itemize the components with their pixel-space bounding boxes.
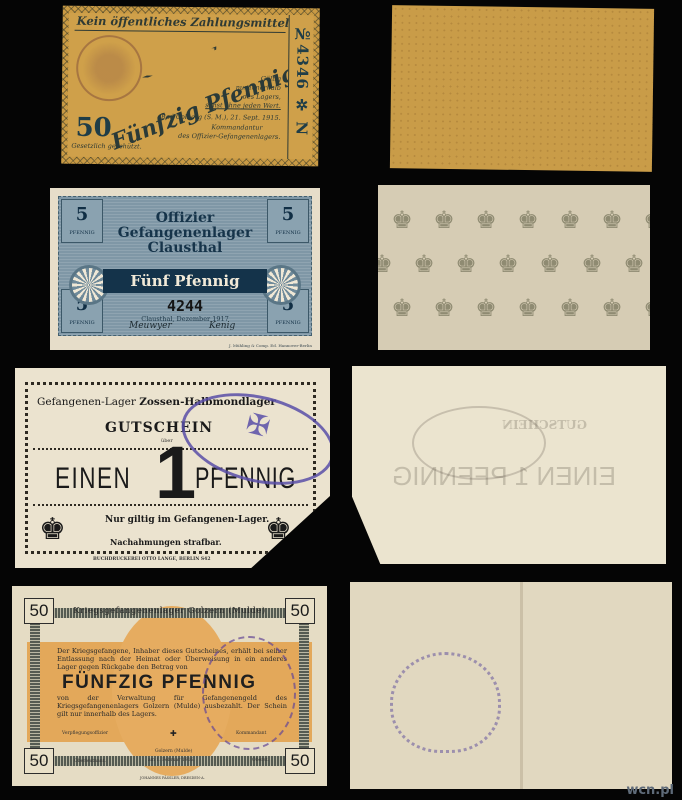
eagle-icon: ♚ xyxy=(598,207,626,233)
fold-crease xyxy=(520,582,523,789)
note-1-front: Kein öffentliches Zahlungsmittel. Fünfzi… xyxy=(61,6,320,167)
eagle-icon: ♚ xyxy=(452,251,480,277)
printer-imprint: JOHANNES PÄSSLER, DRESDEN-A. xyxy=(140,776,205,780)
eagle-icon: ♚ xyxy=(472,295,500,321)
ghost-denomination: EINEN 1 PFENNIG xyxy=(392,461,616,492)
eagle-icon: ♚ xyxy=(620,251,648,277)
eagle-icon: ♚ xyxy=(430,295,458,321)
eagle-icon: ♚ xyxy=(598,295,626,321)
issuer-line-2: des Offizier-Gefangenenlagers. xyxy=(178,132,280,141)
serial-number: №4346 ✲ N xyxy=(292,25,311,136)
eagle-icon: ♚ xyxy=(556,295,584,321)
header: Kriegsgefangenenlager Golzern (Mulde) xyxy=(12,606,327,616)
eagle-icon: ♚ xyxy=(536,251,564,277)
eagle-icon: ♚ xyxy=(578,251,606,277)
validity-line-3: des Lagers, xyxy=(243,93,281,101)
word-left: EINEN xyxy=(55,462,131,496)
note-2-front: 5PFENNIG 5PFENNIG 5PFENNIG 5PFENNIG Offi… xyxy=(50,188,320,350)
place: Golzern (Mulde) xyxy=(155,749,192,754)
printer-imprint: BUCHDRUCKEREI OTTO LANGE, BERLIN S42 xyxy=(93,557,210,562)
note-3-front: Gefangenen-Lager Zossen-Halbmondlager GU… xyxy=(15,368,330,568)
warning-text: Nachahmungen strafbar. xyxy=(110,537,222,547)
triangle-ornament xyxy=(142,45,216,78)
note-2-panel: 5PFENNIG 5PFENNIG 5PFENNIG 5PFENNIG Offi… xyxy=(58,196,312,336)
eagle-icon: ♚ xyxy=(430,207,458,233)
serial-number: 4244 xyxy=(59,297,311,315)
right-role: Kommandant xyxy=(236,731,266,736)
valid-text: Nur giltig im Gefangenen-Lager. xyxy=(105,515,269,525)
denomination-band: Fünf Pfennig xyxy=(103,269,267,293)
left-role: Verpflegungsoffizier xyxy=(62,731,108,736)
stamp-bleed xyxy=(390,652,501,753)
eagle-icon: ♚ xyxy=(640,295,650,321)
eagle-icon: ♚ xyxy=(472,207,500,233)
eagle-icon: ♚ xyxy=(514,295,542,321)
validity-line-2: nur innerhalb xyxy=(236,83,281,91)
header-text: Kein öffentliches Zahlungsmittel. xyxy=(77,14,294,30)
title-line-1: Offizier xyxy=(59,211,311,225)
corner-value-br: 50 xyxy=(285,748,315,774)
place-date: Clausthal, Dezember 1917 xyxy=(59,315,311,323)
legal-text: Gesetzlich geschützt. xyxy=(71,142,141,151)
left-bars xyxy=(30,621,40,751)
stamp-eagle-icon: ✠ xyxy=(243,406,274,444)
signature-2: Kenig xyxy=(209,321,235,331)
eagle-left-icon: ♚ xyxy=(39,512,66,547)
divider-bottom xyxy=(33,504,308,509)
left-rank: Oberleutnant. xyxy=(74,759,106,764)
note-2-back: ♚♚♚♚♚♚♚♚♚♚♚♚♚♚♚♚♚♚♚♚♚ xyxy=(378,185,650,350)
seal-stamp-icon xyxy=(76,35,143,102)
note-1-back xyxy=(390,5,654,172)
place-date: Bad Colberg (S. M.), 21. Sept. 1915. xyxy=(161,113,281,122)
eagle-icon: ♚ xyxy=(388,207,416,233)
printer-imprint: J. Mühling & Comp. Ed. Hannover-Berlin xyxy=(229,343,312,348)
watermark-text: wcn.pl xyxy=(626,783,674,798)
title-line-3: Clausthal xyxy=(59,241,311,255)
eagle-icon: ♚ xyxy=(410,251,438,277)
serial-strip: №4346 ✲ N xyxy=(287,15,314,159)
note-4-back xyxy=(350,582,672,789)
eagle-icon: ♚ xyxy=(640,207,650,233)
eagle-icon: ♚ xyxy=(494,251,522,277)
eagle-icon: ♚ xyxy=(556,207,584,233)
note-1-field: Kein öffentliches Zahlungsmittel. Fünfzi… xyxy=(67,13,313,160)
validity-line-1: Gültig xyxy=(261,75,281,83)
validity-line-4: sonst ohne jeden Wert. xyxy=(205,101,281,110)
title-line-2: Gefangenenlager xyxy=(59,226,311,240)
date: am 1. Februar 1916. xyxy=(148,758,195,763)
eagle-icon: ♚ xyxy=(378,251,396,277)
value-numeral: 50 xyxy=(75,113,111,143)
ghost-title: GUTSCHEIN xyxy=(502,418,587,432)
eagle-icon: ♚ xyxy=(514,207,542,233)
note-4-front: 50 50 50 50 Kriegsgefangenenlager Golzer… xyxy=(12,586,327,786)
header-rule xyxy=(75,30,286,33)
note-3-back: GUTSCHEIN EINEN 1 PFENNIG xyxy=(352,366,666,564)
right-bars xyxy=(299,621,309,751)
signature-1: Meuwyer xyxy=(129,321,172,331)
eagle-icon: ♚ xyxy=(388,295,416,321)
right-rank: Oberst. xyxy=(252,758,269,763)
cross-ornament-icon: ✚ xyxy=(170,729,177,738)
corner-value-bl: 50 xyxy=(24,748,54,774)
issuer-line-1: Kommandantur xyxy=(211,123,262,132)
